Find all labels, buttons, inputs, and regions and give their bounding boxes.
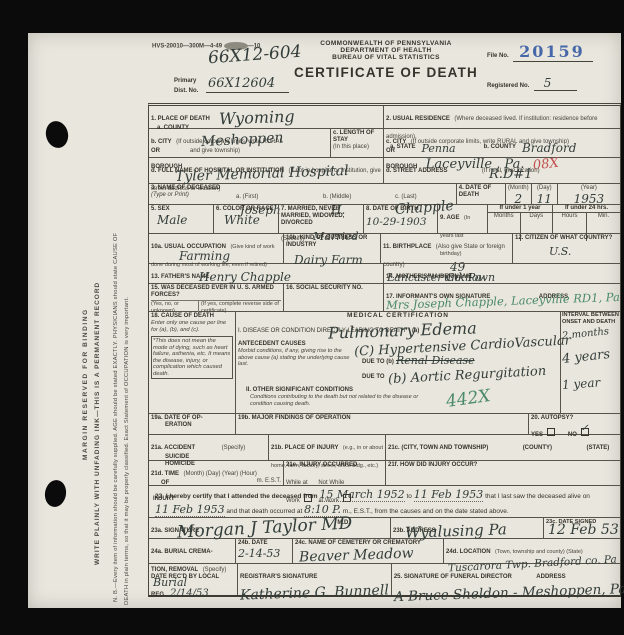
registered-no-label: Registered No. xyxy=(487,83,529,89)
place-of-injury-label: 21b. PLACE OF INJURY xyxy=(271,445,338,451)
date-of-operation-label2: ERATION xyxy=(165,422,233,429)
dist-no-label: Dist. No. xyxy=(174,88,198,95)
registered-no-value: 5 xyxy=(534,76,578,91)
agency-block: COMMONWEALTH OF PENNSYLVANIA DEPARTMENT … xyxy=(266,40,506,80)
form-header: HVS-20010—300M—4-49 —10 66X12-604 Primar… xyxy=(148,40,621,102)
first-name-label: a. (First) xyxy=(236,194,258,200)
cause-of-death-label: 18. CAUSE OF DEATH xyxy=(151,313,233,320)
registrar-signature-label: REGISTRAR'S SIGNATURE xyxy=(240,574,317,580)
hospital-value: Tyler Memorial Hospital xyxy=(175,163,349,185)
pod-city-label: b. CITY xyxy=(151,139,172,145)
date-signed-value: 12 Feb 53 xyxy=(548,522,619,538)
other-conditions-label: II. OTHER SIGNIFICANT CONDITIONS xyxy=(246,387,558,394)
margin-note-nb-1: N. B.—Every item of information should b… xyxy=(113,62,119,602)
margin-note-binding: MARGIN RESERVED FOR BINDING xyxy=(82,130,89,460)
funeral-director-label: 25. SIGNATURE OF FUNERAL DIRECTOR xyxy=(394,574,512,580)
funeral-director-address-label: ADDRESS xyxy=(536,574,565,580)
dod-month-value: 2 xyxy=(508,192,529,206)
due-to-b-label: DUE TO (b) xyxy=(362,359,394,366)
cause-footnote: *This does not mean the mode of dying, s… xyxy=(151,336,233,379)
time-of-injury-est: m. E.S.T. xyxy=(257,478,281,485)
accident-label: 21a. ACCIDENT xyxy=(151,445,195,451)
res-or-label: OR xyxy=(386,148,618,155)
dob-label: 8. DATE OF BIRTH xyxy=(366,206,435,213)
dod-year-value: 1953 xyxy=(560,192,618,206)
pod-city-value: Meshoppen xyxy=(201,130,284,150)
accident-note: (Specify) xyxy=(222,445,246,451)
armed-forces-label: 15. WAS DECEASED EVER IN U. S. ARMED FOR… xyxy=(151,285,281,299)
father-value: Henry Chapple xyxy=(199,270,291,284)
res-city-label: c. CITY xyxy=(386,139,406,145)
mother-value: unknown xyxy=(444,271,495,284)
type-or-print-note: (Type or Print) xyxy=(151,192,232,199)
cert-alive-date: 11 Feb 1953 xyxy=(155,503,225,517)
cert-statement-p3: that I last saw the deceased xyxy=(485,493,566,500)
burial-location-label: 24d. LOCATION xyxy=(446,549,491,555)
business-label: 10b. KIND OF BUSINESS OR INDUSTRY xyxy=(286,235,378,249)
cert-statement-p5: and that death occurred at xyxy=(226,508,302,515)
autopsy-label: 20. AUTOPSY? xyxy=(531,415,618,422)
org-line2: DEPARTMENT OF HEALTH xyxy=(266,47,506,54)
length-of-stay-note: (In this place) xyxy=(333,144,381,151)
antecedent-label: ANTECEDENT CAUSES xyxy=(238,341,358,348)
file-no-value: 20159 xyxy=(513,42,593,62)
interval-b-value: 4 years xyxy=(561,346,619,367)
time-of-injury-label: 21d. TIME xyxy=(151,471,179,477)
color-race-label: 6. COLOR OR RACE xyxy=(216,206,276,213)
injury-city-label: 21c. (CITY, TOWN AND TOWNSHIP) xyxy=(388,445,488,451)
org-line3: BUREAU OF VITAL STATISTICS xyxy=(266,54,506,61)
under-1yr-label: If under 1 year xyxy=(488,205,552,213)
certificate-form: 1. PLACE OF DEATH a. COUNTY Wyoming 2. U… xyxy=(148,103,621,597)
injury-occurred-label: 21e. INJURY OCCURRED xyxy=(286,462,383,469)
citizen-value: U.S. xyxy=(549,245,618,258)
color-race-value: White xyxy=(224,213,276,227)
time-of-injury-cols: (Month) (Day) (Year) (Hour) xyxy=(183,471,256,477)
antecedent-note: Morbid conditions, if any, giving rise t… xyxy=(238,348,358,368)
pod-or-label: OR xyxy=(151,148,160,155)
interval-c-value: 1 year xyxy=(562,374,620,392)
cemetery-value: Beaver Meadow xyxy=(299,545,441,566)
length-of-stay-label: c. LENGTH OF STAY xyxy=(333,130,381,144)
dod-day-value: 11 xyxy=(534,192,555,206)
last-name-label: c. (Last) xyxy=(395,194,417,200)
burial-location-note: (Town, township and county) (State) xyxy=(495,549,583,555)
margin-note-ink: WRITE PLAINLY WITH UNFADING INK—THIS IS … xyxy=(94,95,101,565)
cause-line-b2-value: Renal Disease xyxy=(396,354,475,367)
injury-county-label: (COUNTY) xyxy=(523,445,552,451)
sex-value: Male xyxy=(157,213,211,227)
occupation-value: Farming xyxy=(179,249,230,263)
cert-statement-p2: to xyxy=(407,493,412,500)
ssn-label: 16. SOCIAL SECURITY NO. xyxy=(286,285,381,292)
scanned-death-certificate: MARGIN RESERVED FOR BINDING WRITE PLAINL… xyxy=(0,0,624,635)
how-injury-occurred-label: 21f. HOW DID INJURY OCCUR? xyxy=(388,462,618,469)
cert-statement-p6: m., E.S.T., from the causes and on the d… xyxy=(343,508,509,515)
medical-certification-banner: MEDICAL CERTIFICATION xyxy=(236,312,560,319)
birthplace-label: 11. BIRTHPLACE xyxy=(383,244,431,250)
cert-to-date: 11 Feb 1953 xyxy=(414,488,484,502)
county-value: Wyoming xyxy=(219,107,295,129)
major-findings-label: 19b. MAJOR FINDINGS OF OPERATION xyxy=(238,415,526,422)
other-conditions-note: Conditions contributing to the death but… xyxy=(250,394,420,407)
middle-name-label: b. (Middle) xyxy=(323,194,351,200)
sex-label: 5. SEX xyxy=(151,206,211,213)
place-of-death-label: 1. PLACE OF DEATH xyxy=(151,116,210,122)
interval-a-value: 2 months xyxy=(562,325,620,342)
org-line1: COMMONWEALTH OF PENNSYLVANIA xyxy=(266,40,506,47)
date-recd-value: 2/14/53 xyxy=(170,588,209,599)
primary-label: Primary xyxy=(174,78,196,85)
date-of-operation-label: 19a. DATE OF OP- xyxy=(151,415,233,422)
cert-statement-p1: 22. I hereby certify that I attended the… xyxy=(155,493,318,500)
burial-date-label: 24b. DATE xyxy=(238,540,290,547)
suicide-label: SUICIDE xyxy=(165,454,266,461)
due-to-c-label: DUE TO xyxy=(362,374,385,381)
file-no-label: File No. xyxy=(487,53,509,59)
burial-label: 24a. BURIAL CREMA- xyxy=(151,549,213,555)
cause-line-c-value: (b) Aortic Regurgitation xyxy=(388,364,547,387)
street-label: d. STREET ADDRESS xyxy=(386,168,447,174)
cause-note: Enter only one cause per line for (a), (… xyxy=(151,320,233,333)
under-24h-label: If under 24 hrs. xyxy=(553,205,620,213)
marital-label: 7. MARRIED, NEVER MARRIED, WIDOWED, DIVO… xyxy=(281,206,361,227)
margin-note-nb-2: DEATH in plain terms, so that it may be … xyxy=(124,70,130,605)
street-value: R.D#1 xyxy=(489,167,533,182)
res-city-note: (If outside corporate limits, write RURA… xyxy=(411,139,569,145)
citizen-label: 12. CITIZEN OF WHAT COUNTRY? xyxy=(515,235,618,242)
dod-month-label: (Month) xyxy=(508,185,529,192)
cert-from-date: 15 March 1952 xyxy=(319,488,404,502)
file-registered-block: File No. 20159 Registered No. 5 xyxy=(487,42,617,92)
cert-statement-p4: alive on xyxy=(568,493,590,500)
certificate-title: CERTIFICATE OF DEATH xyxy=(266,65,506,80)
name-of-deceased-label: 3. NAME OF DECEASED xyxy=(151,185,232,192)
date-recd-label: DATE REC'D BY LOCAL xyxy=(151,574,219,580)
age-label: 9. AGE xyxy=(440,215,459,221)
injury-state-label: (STATE) xyxy=(586,445,609,451)
date-of-death-label: 4. DATE OF DEATH xyxy=(459,185,503,199)
burial-date-value: 2-14-53 xyxy=(238,547,290,560)
date-recd-label2: REG. xyxy=(151,592,166,598)
dob-value: 10-29-1903 xyxy=(366,216,435,228)
interval-label: INTERVAL BETWEEN ONSET AND DEATH xyxy=(562,312,619,326)
usual-residence-label: 2. USUAL RESIDENCE xyxy=(386,116,450,122)
